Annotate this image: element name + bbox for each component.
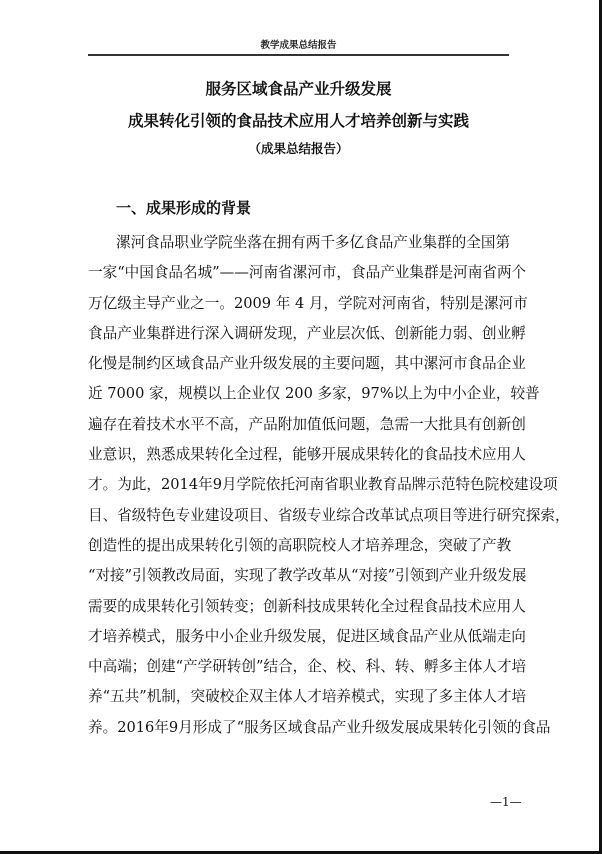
body-line: 万亿级主导产业之一。2009 年 4 月，学院对河南省，特别是漯河市 [88, 289, 509, 319]
body-line: 化慢是制约区域食品产业升级发展的主要问题，其中漯河市食品企业 [88, 349, 509, 379]
section-heading-background: 一、成果形成的背景 [116, 198, 251, 218]
document-title-line-1: 服务区域食品产业升级发展 [88, 79, 509, 99]
body-line: 目、省级特色专业建设项目、省级专业综合改革试点项目等进行研究探索， [88, 501, 509, 531]
body-line: “对接”引领教改局面，实现了教学改革从“对接”引领到产业升级发展 [88, 561, 509, 591]
body-line: 遍存在着技术水平不高，产品附加值低问题，急需一大批具有创新创 [88, 410, 509, 440]
body-line: 需要的成果转化引领转变；创新科技成果转化全过程食品技术应用人 [88, 592, 509, 622]
document-page: 教学成果总结报告 服务区域食品产业升级发展 成果转化引领的食品技术应用人才培养创… [0, 0, 602, 854]
document-subtitle: （成果总结报告） [88, 141, 509, 157]
body-line: 养“五共”机制，突破校企双主体人才培养模式，实现了多主体人才培 [88, 682, 509, 712]
running-header: 教学成果总结报告 [88, 40, 509, 52]
document-title-line-2: 成果转化引领的食品技术应用人才培养创新与实践 [88, 111, 509, 131]
page-number: —1— [490, 795, 522, 809]
body-line: 食品产业集群进行深入调研发现，产业层次低、创新能力弱、创业孵 [88, 319, 509, 349]
header-rule-divider [88, 54, 509, 56]
body-line: 近 7000 家，规模以上企业仅 200 多家，97%以上为中小企业，较普 [88, 379, 509, 409]
body-line: 漯河食品职业学院坐落在拥有两千多亿食品产业集群的全国第 [88, 228, 509, 258]
body-line: 业意识，熟悉成果转化全过程，能够开展成果转化的食品技术应用人 [88, 440, 509, 470]
body-line: 一家“中国食品名城”——河南省漯河市，食品产业集群是河南省两个 [88, 258, 509, 288]
body-line: 创造性的提出成果转化引领的高职院校人才培养理念，突破了产教 [88, 531, 509, 561]
body-paragraph: 漯河食品职业学院坐落在拥有两千多亿食品产业集群的全国第 一家“中国食品名城”——… [88, 228, 509, 743]
body-line: 养。2016年9月形成了“服务区域食品产业升级发展成果转化引领的食品 [88, 713, 509, 743]
body-line: 中高端；创建“产学研转创”结合，企、校、科、转、孵多主体人才培 [88, 652, 509, 682]
body-line: 才培养模式，服务中小企业升级发展，促进区域食品产业从低端走向 [88, 622, 509, 652]
body-line: 才。为此，2014年9月学院依托河南省职业教育品牌示范特色院校建设项 [88, 470, 509, 500]
